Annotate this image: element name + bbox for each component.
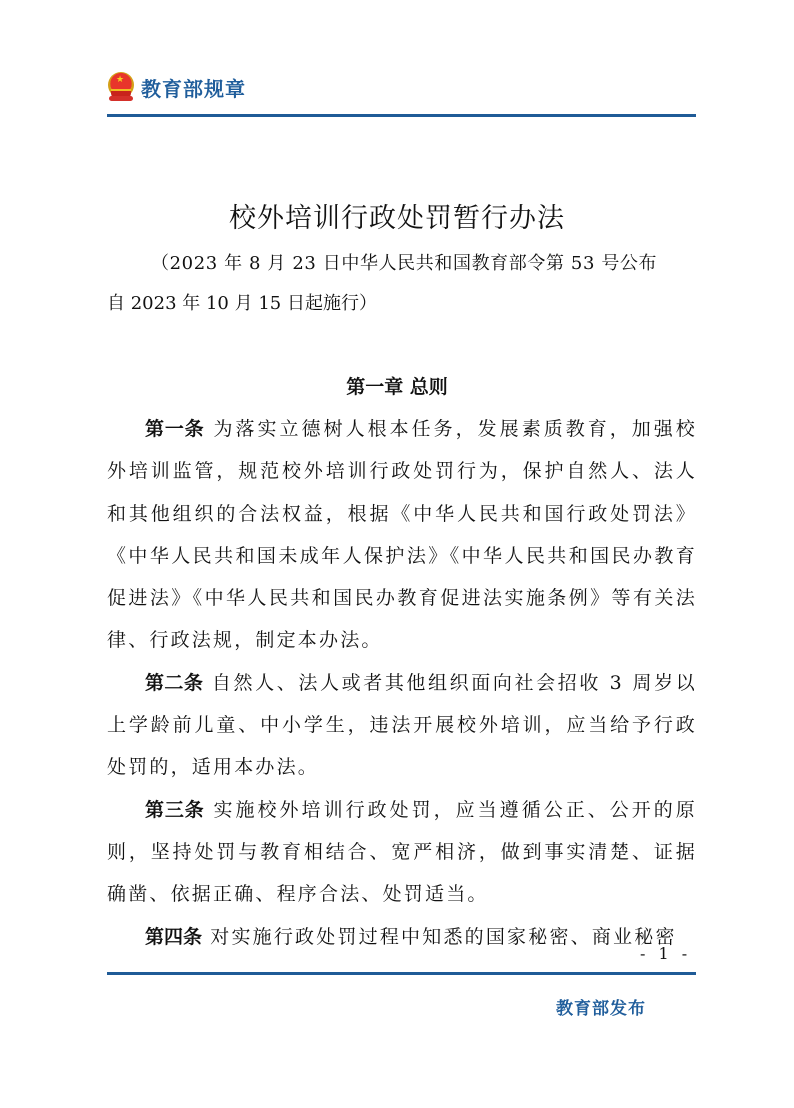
document-body: 第一条 为落实立德树人根本任务，发展素质教育，加强校外培训监管，规范校外培训行政… [107,408,697,958]
document-title: 校外培训行政处罚暂行办法 [0,196,794,235]
page-header: ★ 教育部规章 [107,72,246,102]
page-number: - 1 - [640,944,691,963]
document-subtitle-line2: 自 2023 年 10 月 15 日起施行） [107,284,696,324]
article-3: 第三条 实施校外培训行政处罚，应当遵循公正、公开的原则，坚持处罚与教育相结合、宽… [107,789,697,916]
article-text: 为落实立德树人根本任务，发展素质教育，加强校外培训监管，规范校外培训行政处罚行为… [107,418,697,651]
article-text: 对实施行政处罚过程中知悉的国家秘密、商业秘密 [202,926,677,948]
header-divider [107,114,696,117]
footer-divider [107,972,696,975]
article-1: 第一条 为落实立德树人根本任务，发展素质教育，加强校外培训监管，规范校外培训行政… [107,408,697,662]
header-title: 教育部规章 [141,73,246,102]
footer-publisher: 教育部发布 [556,994,646,1019]
article-4: 第四条 对实施行政处罚过程中知悉的国家秘密、商业秘密 [107,916,697,958]
article-2: 第二条 自然人、法人或者其他组织面向社会招收 3 周岁以上学龄前儿童、中小学生，… [107,662,697,789]
article-label: 第三条 [145,799,204,821]
article-label: 第四条 [145,926,202,948]
chapter-heading: 第一章 总则 [0,372,794,399]
national-emblem-icon: ★ [107,72,135,102]
document-subtitle-line1: （2023 年 8 月 23 日中华人民共和国教育部令第 53 号公布 [107,244,696,284]
article-label: 第一条 [145,418,204,440]
article-label: 第二条 [145,672,203,694]
